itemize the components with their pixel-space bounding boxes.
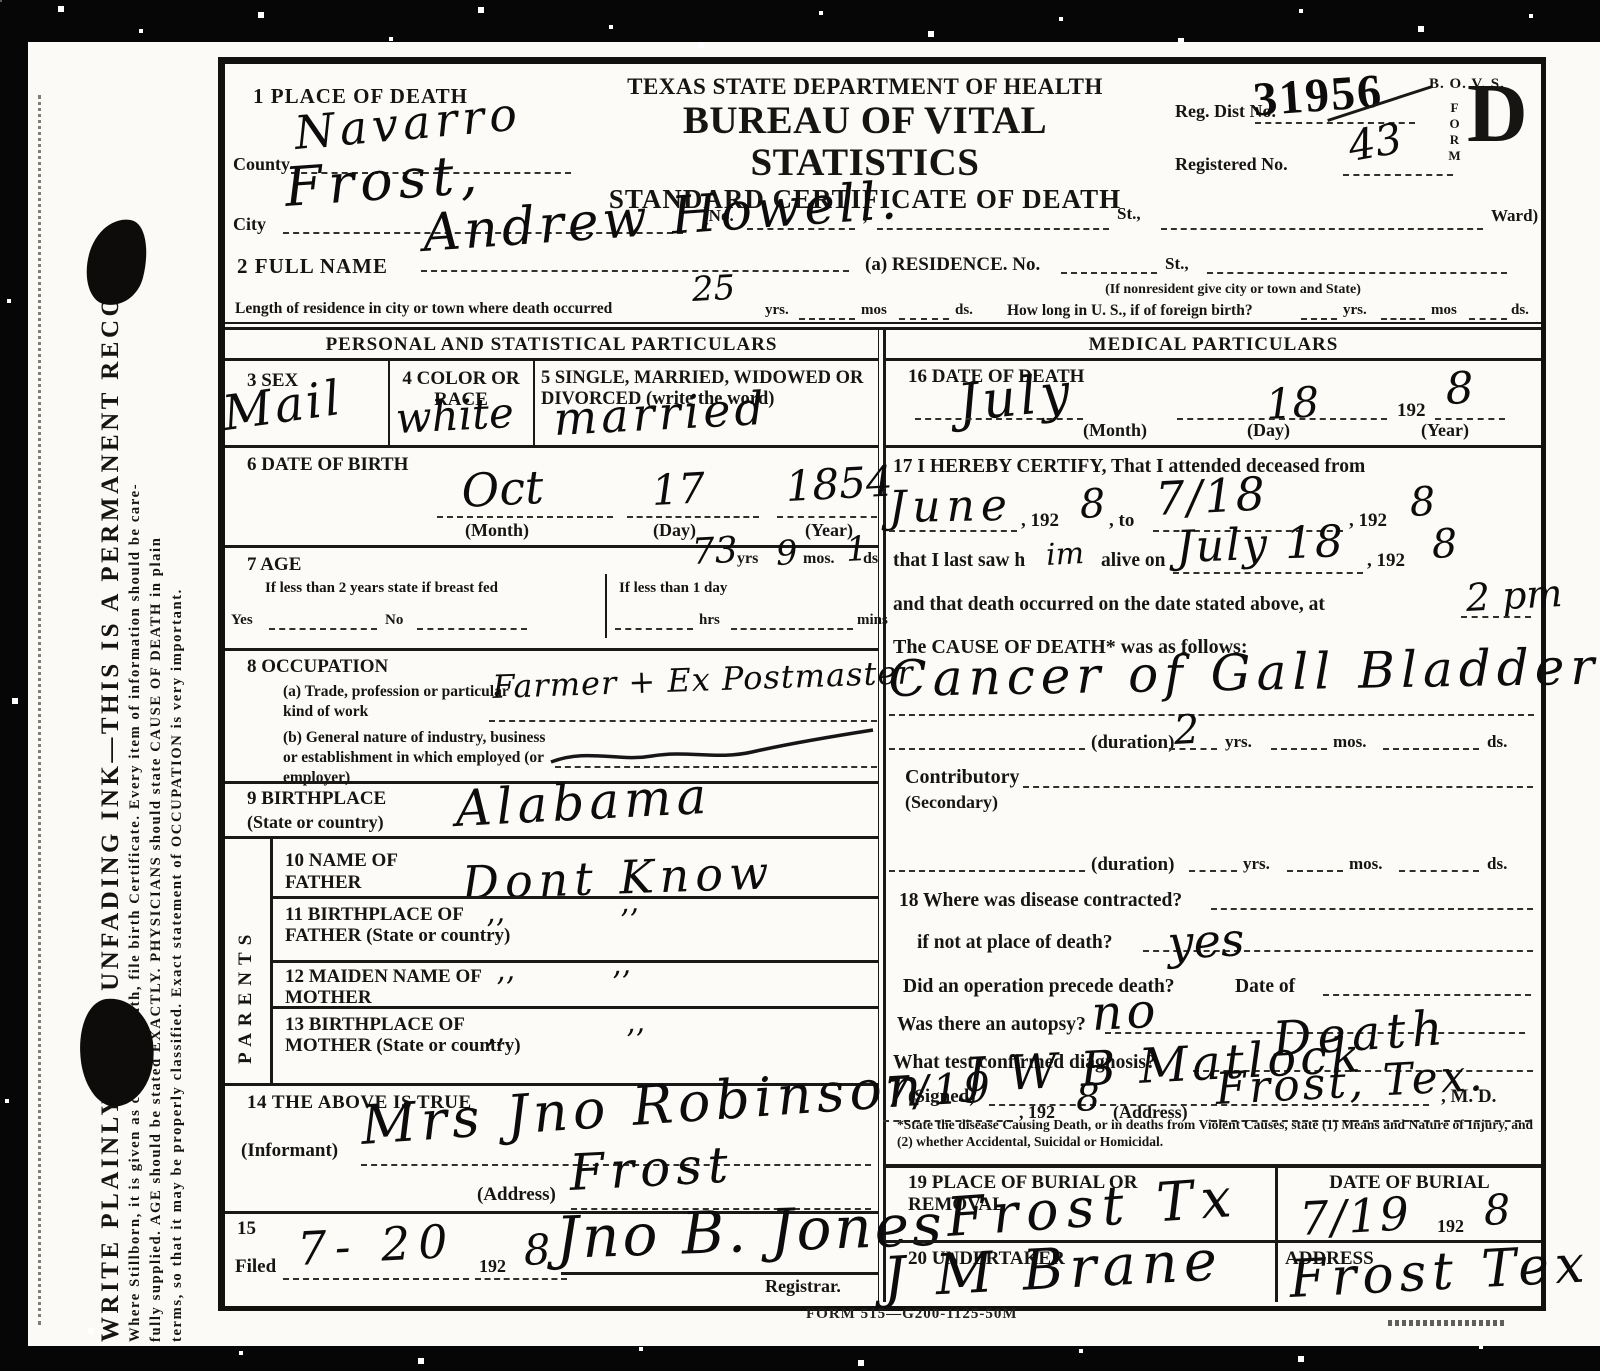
bureau-title: BUREAU OF VITAL STATISTICS (565, 100, 1165, 184)
filed-label: Filed (235, 1256, 276, 1278)
dob-label: 6 DATE OF BIRTH (247, 454, 408, 476)
parents-vertical-label: PARENTS (235, 864, 257, 1064)
duration2-ds-label: ds. (1487, 854, 1507, 874)
date-of-death-month: July (955, 362, 1077, 434)
dod-day-caption: (Day) (1247, 420, 1290, 441)
informant-label: (Informant) (241, 1140, 338, 1162)
marital-value: married (552, 381, 769, 446)
date-of-label: Date of (1235, 976, 1295, 998)
duration1-ds-line (1383, 748, 1479, 750)
occupation-label: 8 OCCUPATION (247, 656, 388, 678)
duration1-yrs-value: 2 (1173, 707, 1201, 754)
sex-row-rule (225, 445, 878, 448)
form-number: FORM 515—G200-1125-50M (806, 1306, 1018, 1323)
us-mos-line (1381, 318, 1425, 320)
age-row-rule (225, 648, 878, 651)
residence-no-line (1061, 272, 1157, 274)
age-mos-value: 9 (775, 533, 799, 574)
to-year-value: 8 (1409, 479, 1437, 526)
header-rule-1 (225, 322, 1541, 324)
scribble-line (547, 722, 877, 770)
dob-day-caption: (Day) (653, 520, 696, 541)
last-saw-year-value: 8 (1431, 521, 1459, 568)
dod-year-caption: (Year) (1421, 420, 1469, 441)
father-name-rule (270, 896, 878, 899)
duration2-yrs-label: yrs. (1243, 854, 1270, 874)
mother-name-label: 12 MAIDEN NAME OF MOTHER (285, 966, 521, 1008)
margin-line-occupation: terms, so that it may be properly classi… (167, 70, 188, 1342)
if-not-label: if not at place of death? (917, 932, 1113, 954)
us-yrs-label: yrs. (1343, 302, 1367, 319)
length-mos-line (899, 318, 949, 320)
duration1-yrs-label: yrs. (1225, 732, 1252, 752)
registered-no-value: 43 (1344, 113, 1405, 171)
filed-date-line (283, 1278, 469, 1280)
date-of-line (1323, 994, 1531, 996)
registrar-label: Registrar. (765, 1276, 841, 1297)
ward-label: Ward) (1491, 206, 1538, 226)
us-mos-label: mos (1431, 302, 1457, 319)
dob-month-caption: (Month) (465, 520, 529, 541)
dob-day-line (627, 516, 759, 518)
registered-no-line (1343, 174, 1453, 176)
contributory-line (1023, 786, 1533, 788)
color-race-value: white (394, 388, 515, 443)
age-label: 7 AGE (247, 554, 301, 576)
cause-line (889, 714, 1534, 716)
county-label: County (233, 154, 290, 175)
duration2-ds-line (1399, 870, 1479, 872)
age-yrs-label: yrs (737, 550, 758, 568)
filed-year-printed: 192 (479, 1256, 506, 1277)
age-ds-label: ds (863, 550, 878, 568)
attended-from-line (889, 530, 1017, 532)
last-saw-line (1173, 572, 1363, 574)
death-time-value: 2 pm (1465, 571, 1564, 620)
registrar-sig-line (561, 1272, 878, 1275)
length-residence-label: Length of residence in city or town wher… (235, 300, 612, 318)
attended-to-value: 7/18 (1154, 466, 1268, 526)
to-year-printed: , 192 (1349, 510, 1387, 532)
department-title: TEXAS STATE DEPARTMENT OF HEALTH (565, 74, 1165, 100)
dob-year-value: 1854 (784, 456, 893, 511)
length-ds-label: ds. (955, 302, 973, 319)
secondary-label: (Secondary) (905, 792, 998, 813)
length-residence-value: 25 (691, 268, 736, 310)
us-yrs-line (1301, 318, 1337, 320)
street-label: St., (1117, 204, 1141, 224)
paper-specks (0, 0, 2, 2)
alive-on-label: alive on (1101, 550, 1165, 572)
dob-day-value: 17 (650, 463, 706, 515)
duration2-yrs-line (1189, 870, 1237, 872)
length-mos-label: mos (861, 302, 887, 319)
birthplace-caption: (State or country) (247, 812, 384, 833)
ward-line (1161, 228, 1483, 230)
duration2-label: (duration) (1091, 854, 1174, 876)
father-birthplace-rule (270, 960, 878, 963)
personal-section-title: PERSONAL AND STATISTICAL PARTICULARS (225, 334, 878, 356)
birthplace-row-rule (225, 836, 878, 839)
mins-label: mins (857, 612, 888, 629)
mother-birthplace-ditto-1: ’’ (485, 1033, 506, 1069)
burial-date-value: 7/19 (1298, 1186, 1412, 1246)
last-saw-label: that I last saw h (893, 550, 1025, 572)
mother-name-ditto-2: ’’ (611, 965, 632, 1001)
filed-year-line (475, 1278, 567, 1280)
duration1-ds-label: ds. (1487, 732, 1507, 752)
sex-color-divider (388, 361, 390, 445)
death-certificate: 1 PLACE OF DEATH TEXAS STATE DEPARTMENT … (218, 57, 1546, 1311)
birthplace-value: Alabama (454, 767, 713, 838)
duration1-label: (duration) (1091, 732, 1174, 754)
filed-date-value: 7- 20 (296, 1214, 457, 1276)
dod-month-line (915, 418, 1083, 420)
breast-fed-yes-label: Yes (231, 612, 253, 629)
duration2-mos-label: mos. (1349, 854, 1383, 874)
printer-mark (1388, 1320, 1506, 1326)
sign-date-value: 7/19 (882, 1062, 995, 1117)
last-saw-date-value: July 18 (1175, 516, 1346, 573)
form-vertical-label: FORM (1447, 100, 1461, 164)
duration2-pre-line (889, 870, 1085, 872)
duration1-pre-line (889, 748, 1085, 750)
breast-fed-no-line (417, 628, 527, 630)
mother-name-ditto-1: ’’ (495, 971, 516, 1007)
cause-footnote: *State the disease Causing Death, or in … (897, 1116, 1533, 1151)
hrs-line (615, 628, 693, 630)
age-yrs-value: 73 (691, 530, 739, 573)
us-ds-label: ds. (1511, 302, 1529, 319)
where-contracted-line (1211, 908, 1533, 910)
attended-from-value: June (888, 480, 1013, 533)
medical-title-rule (886, 358, 1541, 361)
street-line (877, 228, 1109, 230)
duration1-mos-label: mos. (1333, 732, 1367, 752)
sign-year-value: 8 (1075, 1075, 1101, 1120)
father-name-value: Dont Know (461, 845, 775, 910)
filed-number-label: 15 (237, 1218, 256, 1240)
certify-label: 17 I HEREBY CERTIFY, That I attended dec… (893, 456, 1365, 478)
mother-name-rule (270, 1006, 878, 1009)
father-name-label: 10 NAME OF FATHER (285, 850, 455, 894)
him-value: im (1045, 536, 1085, 573)
mins-line (731, 628, 853, 630)
duration1-mos-line (1271, 748, 1327, 750)
filed-year-value: 8 (522, 1225, 551, 1275)
informant-address-label: (Address) (477, 1184, 556, 1206)
breast-fed-label: If less than 2 years state if breast fed (265, 580, 498, 597)
mother-birthplace-ditto-2: ’’ (625, 1023, 646, 1059)
age-mos-label: mos. (803, 550, 835, 568)
from-year-printed: , 192 (1021, 510, 1059, 532)
occupation-a-label: (a) Trade, profession or particular kind… (283, 682, 509, 722)
how-long-us-label: How long in U. S., if of foreign birth? (1007, 302, 1253, 320)
last-saw-year-printed: , 192 (1367, 550, 1405, 572)
dob-month-line (437, 516, 613, 518)
to-label: , to (1109, 510, 1134, 532)
death-occurred-label: and that death occurred on the date stat… (893, 594, 1325, 616)
burial-year-printed: 192 (1437, 1216, 1464, 1237)
length-yrs-label: yrs. (765, 302, 789, 319)
length-yrs-line (799, 318, 855, 320)
father-birthplace-ditto-1: ’’ (485, 913, 506, 949)
breast-fed-no-label: No (385, 612, 403, 629)
dod-year-printed: 192 (1397, 400, 1426, 422)
full-name-label: 2 FULL NAME (237, 254, 388, 279)
sex-value: Mail (219, 370, 346, 442)
medical-section-title: MEDICAL PARTICULARS (886, 334, 1541, 356)
informant-address-value: Frost (568, 1135, 735, 1202)
us-ds-line (1469, 318, 1507, 320)
residence-st-label: St., (1165, 254, 1189, 274)
residence-label: (a) RESIDENCE. No. (865, 254, 1040, 276)
where-contracted-label: 18 Where was disease contracted? (899, 890, 1182, 912)
occupation-a-value: Farmer + Ex Postmaster (492, 653, 915, 706)
city-label: City (233, 214, 266, 235)
full-name-line (421, 270, 849, 272)
contributory-label: Contributory (905, 766, 1019, 789)
hrs-label: hrs (699, 612, 720, 629)
duration2-mos-line (1287, 870, 1343, 872)
less-than-day-label: If less than 1 day (619, 580, 727, 597)
form-letter-d: D (1467, 72, 1528, 156)
dod-month-caption: (Month) (1083, 420, 1147, 441)
breast-fed-yes-line (269, 628, 377, 630)
occupation-b-line (555, 766, 877, 768)
date-of-death-year: 8 (1444, 363, 1475, 415)
reg-dist-number: 31956 (1251, 64, 1385, 128)
registered-no-label: Registered No. (1175, 154, 1288, 175)
operation-value: yes (1166, 912, 1246, 970)
birthplace-label: 9 BIRTHPLACE (247, 788, 386, 810)
death-time-line (1461, 616, 1531, 618)
from-year-value: 8 (1079, 481, 1107, 528)
personal-title-rule (225, 358, 878, 361)
margin-line-age-exact: fully supplied. AGE should be stated EXA… (146, 70, 167, 1342)
duration1-yrs-line (1169, 748, 1217, 750)
page-edge-perforation (38, 95, 41, 1325)
nonresident-note: (If nonresident give city or town and St… (993, 282, 1473, 298)
dob-year-line (777, 516, 877, 518)
dod-row-rule (886, 445, 1541, 448)
cause-of-death-value: Cancer of Gall Bladder (888, 638, 1600, 708)
autopsy-label: Was there an autopsy? (897, 1014, 1086, 1036)
age-sub-divider (605, 574, 607, 638)
burial-year-value: 8 (1482, 1185, 1511, 1235)
dob-month-value: Oct (460, 460, 545, 518)
father-birthplace-ditto-2: ’’ (619, 903, 640, 939)
color-marital-divider (533, 361, 535, 445)
residence-st-line (1207, 272, 1507, 274)
